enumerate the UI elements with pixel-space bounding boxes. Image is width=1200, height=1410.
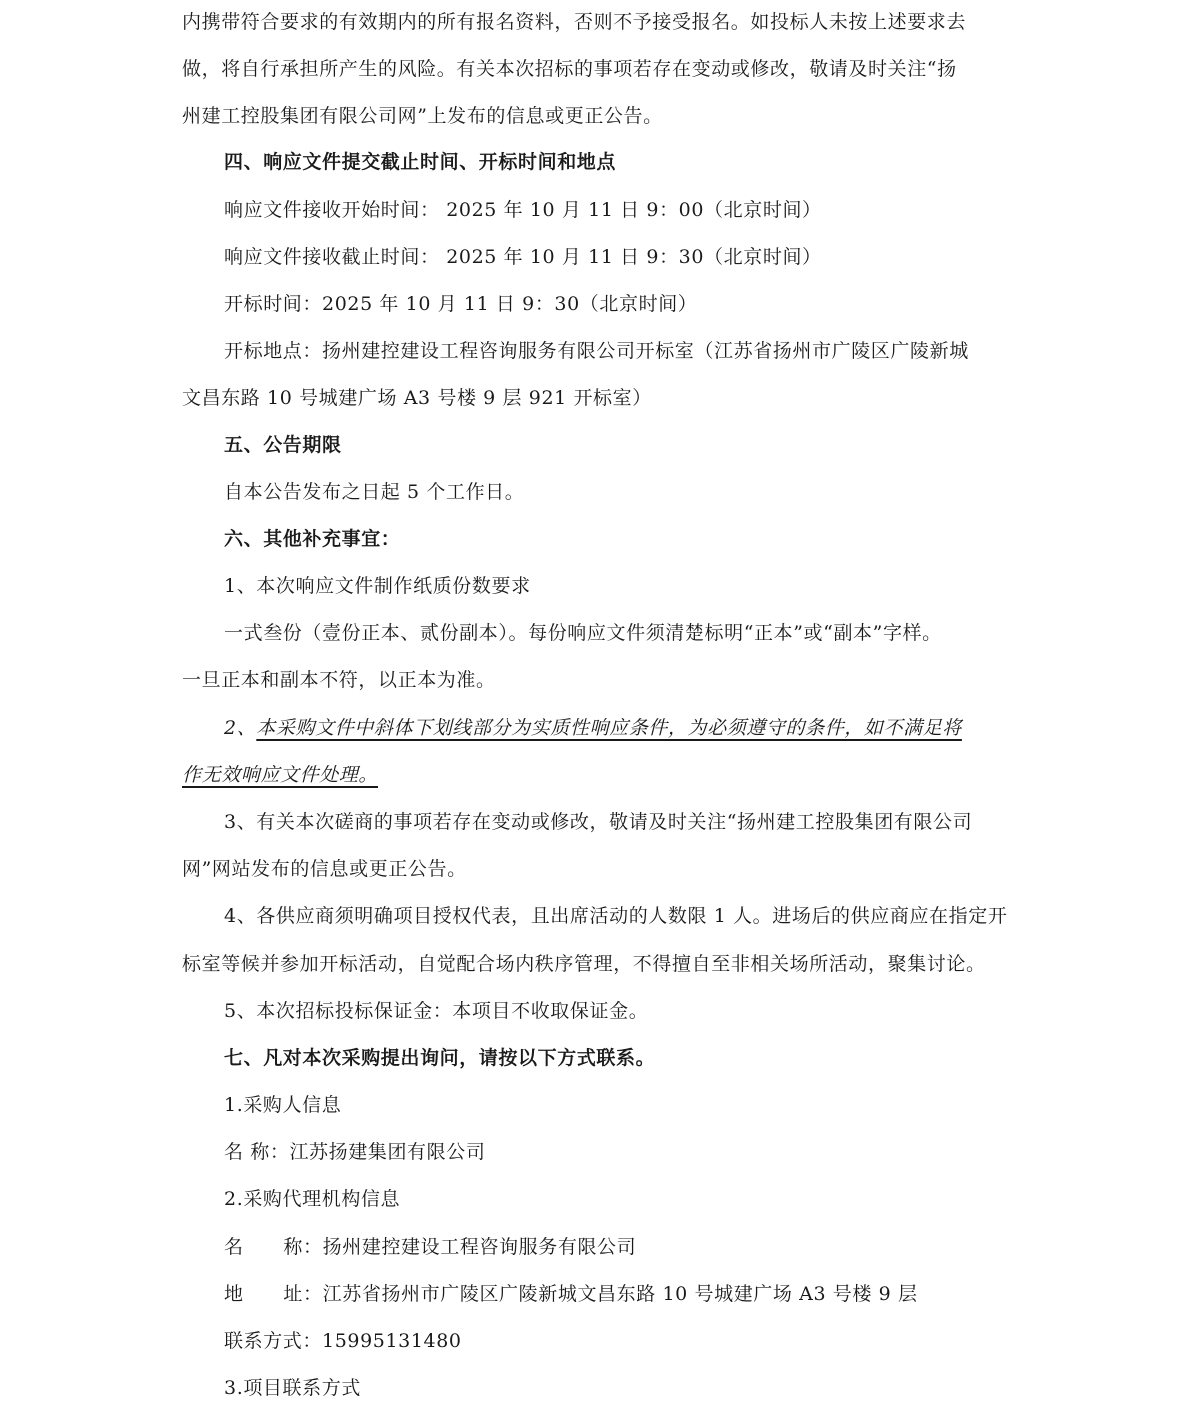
item4-line-2: 标室等候并参加开标活动，自觉配合场内秩序管理，不得擅自至非相关场所活动，聚集讨论… — [182, 952, 986, 976]
item3-line-1: 3、有关本次磋商的事项若存在变动或修改，敬请及时关注“扬州建工控股集团有限公司 — [224, 810, 972, 834]
item1-title: 1、本次响应文件制作纸质份数要求 — [224, 574, 531, 598]
project-contact-title: 3.项目联系方式 — [224, 1376, 361, 1400]
item1-line-2: 一旦正本和副本不符，以正本为准。 — [182, 668, 496, 692]
item2-line-1: 2、本采购文件中斜体下划线部分为实质性响应条件，为必须遵守的条件，如不满足将 — [224, 716, 962, 740]
agency-address-label: 地 址： — [224, 1283, 323, 1305]
agency-name-label: 名 称： — [224, 1236, 323, 1258]
item4-line-1: 4、各供应商须明确项目授权代表，且出席活动的人数限 1 人。进场后的供应商应在指… — [224, 904, 1007, 928]
agency-title: 2.采购代理机构信息 — [224, 1187, 400, 1211]
bid-open-location-2: 文昌东路 10 号城建广场 A3 号楼 9 层 921 开标室） — [182, 386, 652, 410]
item2-line-2: 作无效响应文件处理。 — [182, 763, 378, 787]
agency-address-value: 江苏省扬州市广陵区广陵新城文昌东路 10 号城建广场 A3 号楼 9 层 — [323, 1283, 918, 1305]
section5-heading: 五、公告期限 — [224, 433, 342, 457]
purchaser-title: 1.采购人信息 — [224, 1093, 341, 1117]
bid-open-location-1: 开标地点：扬州建控建设工程咨询服务有限公司开标室（江苏省扬州市广陵区广陵新城 — [224, 339, 969, 363]
notice-period: 自本公告发布之日起 5 个工作日。 — [224, 480, 524, 504]
section4-heading: 四、响应文件提交截止时间、开标时间和地点 — [224, 150, 616, 174]
item2-prefix: 2、 — [224, 717, 256, 739]
intro-line-1: 内携带符合要求的有效期内的所有报名资料，否则不予接受报名。如投标人未按上述要求去 — [182, 10, 966, 34]
receive-start-time: 响应文件接收开始时间： 2025 年 10 月 11 日 9：00（北京时间） — [224, 198, 822, 222]
section7-heading: 七、凡对本次采购提出询问，请按以下方式联系。 — [224, 1046, 655, 1070]
agency-address: 地 址：江苏省扬州市广陵区广陵新城文昌东路 10 号城建广场 A3 号楼 9 层 — [224, 1282, 918, 1306]
item5: 5、本次招标投标保证金：本项目不收取保证金。 — [224, 999, 648, 1023]
receive-end-time: 响应文件接收截止时间： 2025 年 10 月 11 日 9：30（北京时间） — [224, 245, 822, 269]
section6-heading: 六、其他补充事宜： — [224, 527, 400, 551]
purchaser-name: 名 称：江苏扬建集团有限公司 — [224, 1140, 485, 1164]
intro-line-3: 州建工控股集团有限公司网”上发布的信息或更正公告。 — [182, 104, 663, 128]
agency-name: 名 称：扬州建控建设工程咨询服务有限公司 — [224, 1235, 636, 1259]
intro-line-2: 做，将自行承担所产生的风险。有关本次招标的事项若存在变动或修改，敬请及时关注“扬 — [182, 57, 957, 81]
item3-line-2: 网”网站发布的信息或更正公告。 — [182, 857, 467, 881]
bid-open-time: 开标时间：2025 年 10 月 11 日 9：30（北京时间） — [224, 292, 697, 316]
agency-contact: 联系方式：15995131480 — [224, 1329, 462, 1353]
item2-underlined-text: 本采购文件中斜体下划线部分为实质性响应条件，为必须遵守的条件，如不满足将 — [256, 717, 962, 739]
agency-name-value: 扬州建控建设工程咨询服务有限公司 — [323, 1236, 637, 1258]
item1-line-1: 一式叁份（壹份正本、贰份副本）。每份响应文件须清楚标明“正本”或“副本”字样。 — [224, 621, 942, 645]
